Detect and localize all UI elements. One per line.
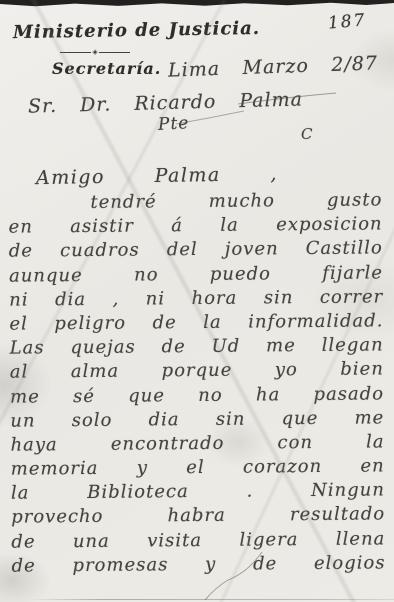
margin-mark-c: C	[301, 125, 312, 143]
manuscript-page: 187 Ministerio de Justicia. ◈ Secretaría…	[0, 0, 394, 602]
manuscript-line: ni dia , ni hora sin correr	[9, 286, 383, 313]
divider-rule-left	[60, 52, 91, 53]
manuscript-line: haya encontrado con la	[10, 431, 384, 458]
salutation: Amigo Palma ,	[36, 163, 278, 189]
dateline: Lima Marzo 2/87	[168, 52, 379, 81]
divider-rule-right	[99, 52, 130, 53]
letterhead-ministry: Ministerio de Justicia.	[13, 18, 260, 43]
divider-ornament-icon: ◈	[91, 49, 98, 55]
letterhead-divider: ◈	[60, 49, 130, 55]
page-number: 187	[327, 10, 367, 33]
addressee-place: Pte	[157, 113, 189, 135]
manuscript-line: de cuadros del joven Castillo	[9, 238, 383, 265]
manuscript-line: aunque no puedo fijarle	[9, 262, 383, 289]
manuscript-line: tendré mucho gusto	[90, 189, 382, 216]
manuscript-line: al alma porque yo bien	[10, 359, 384, 386]
manuscript-line: me sé que no ha pasado	[10, 383, 384, 410]
manuscript-line: la Biblioteca . Ningun	[11, 480, 385, 507]
manuscript-line: provecho habra resultado	[11, 504, 385, 531]
manuscript-line: memoria y el corazon en	[11, 455, 385, 482]
letterhead-office: Secretaría.	[52, 59, 161, 78]
manuscript-line: Las quejas de Ud me llegan	[10, 334, 384, 361]
letter-body: tendré mucho gusto en asistir á la expos…	[8, 189, 385, 579]
manuscript-line: en asistir á la exposicion	[9, 214, 383, 241]
manuscript-line: de una visita ligera llena	[11, 528, 385, 555]
manuscript-line: un solo dia sin que me	[10, 407, 384, 434]
scan-bottom-edge	[28, 599, 394, 600]
scan-top-edge	[0, 0, 394, 8]
manuscript-line: de promesas y de elogios	[11, 552, 385, 579]
manuscript-line: el peligro de la informalidad.	[9, 310, 383, 337]
addressee: Sr. Dr. Ricardo Palma	[28, 88, 303, 117]
